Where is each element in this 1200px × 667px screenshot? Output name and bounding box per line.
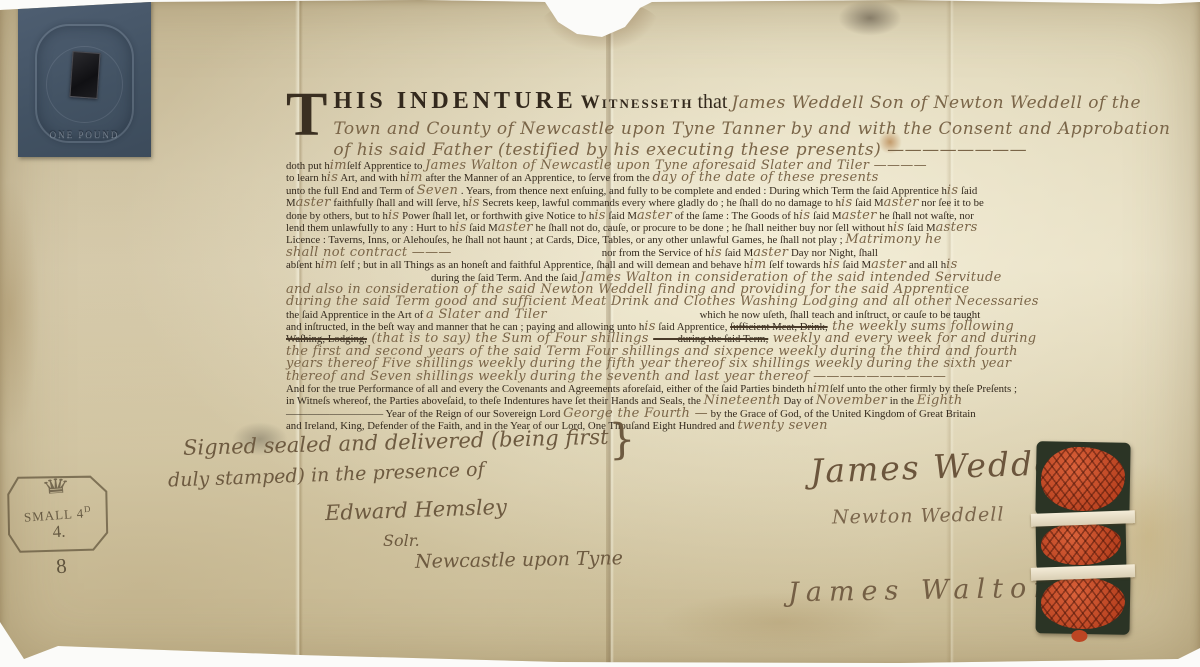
signature-james-walton: James Walton [788,573,1058,609]
printed-text: done by others, but to h [286,210,388,222]
handwritten-text: Matrimony he [845,232,941,247]
handwritten-text: is [455,220,466,235]
printed-text: M [286,197,296,209]
heading-that: that [697,91,727,113]
handwritten-text: November [816,393,887,408]
indenture-heading: T HIS INDENTURE Witnesseth that James We… [286,86,1166,161]
handwritten-text: im [320,257,337,272]
handwritten-text: twenty seven [737,418,828,433]
printed-text: faithfully ſhall and will ſerve, h [331,197,469,209]
printed-text: he ſhall not do, cauſe, or procure to be… [533,222,893,234]
handwritten-text: is [947,183,958,198]
printed-text: the ſaid Apprentice in the Art of [286,309,426,321]
handwritten-text: is [594,208,605,223]
wax-seal-surface [1040,446,1125,511]
handwritten-text: is [799,208,810,223]
printed-text: Art, and with h [338,172,405,184]
handwritten-text: is [711,245,722,260]
printed-text: . Years, from thence next enſuing, and f… [458,185,947,197]
printed-text: abſent h [286,259,320,271]
heading-line: HIS INDENTURE Witnesseth that James Wedd… [286,86,1166,119]
signature-newton-weddell: Newton Weddell [832,503,1005,528]
wax-seal [1035,441,1130,517]
printed-text: ſaid M [810,210,841,222]
wax-seal-surface [1041,576,1126,629]
handwritten-text: Seven [417,183,459,198]
heading-title: HIS INDENTURE [333,88,576,114]
printed-text: ſaid [958,185,977,197]
heading-witnesseth: Witnesseth [581,92,694,113]
printed-text: nor from the Service of h [602,247,711,259]
attestation-line: Signed sealed and delivered (being first… [183,424,636,460]
handwritten-text: Nineteenth [704,393,781,408]
attestation-text: Signed sealed and delivered (being first [183,425,609,460]
wax-seal [1035,571,1130,635]
printed-text: ————————— Year of the Reign of our Sover… [286,408,563,420]
handwritten-text: a Slater and Tiler [426,307,547,322]
handwritten-party-names: James Weddell Son of Newton Weddell of t… [731,93,1141,113]
handwritten-text: is [468,195,479,210]
printed-text: of the ſame : The Goods of h [672,210,799,222]
drop-cap-initial: T [286,86,327,144]
stamp-metal-tab [69,51,100,99]
handwritten-text: during the said Term good and sufficient… [286,294,1039,309]
attestation-line: duly stamped) in the presence of [168,458,485,491]
document-line: And for the true Performance of all and … [286,383,1086,395]
handwritten-text: is [327,170,338,185]
handwritten-text: day of the date of these presents [652,170,878,185]
printed-text: ſaid M [467,222,498,234]
document-line: lend them unlawfully to any : Hurt to hi… [286,222,1086,234]
printed-text: doth put h [286,160,330,172]
handwritten-text: aster [884,195,919,210]
handwritten-text: Town and County of Newcastle upon Tyne T… [286,119,1166,140]
embossed-revenue-stamp: ONE POUND [18,0,151,157]
handwritten-text: aster [842,208,877,223]
parchment-sheet: ONE POUND ♛ SMALL 4D 4. 8 T HIS INDENTUR… [0,0,1200,667]
document-line: ————————— Year of the Reign of our Sover… [286,408,1086,420]
document-line: to learn his Art, and with him after the… [286,172,1086,184]
handwritten-text: aster [498,220,533,235]
curly-brace: } [608,414,636,464]
wax-seal-surface [1041,522,1122,565]
witness-place: Newcastle upon Tyne [415,547,623,573]
age-stain [0,180,40,440]
burn-stain [540,0,660,52]
document-line: thereof and Seven shillings weekly durin… [286,371,1086,383]
stamp-denomination: ONE POUND [18,130,151,140]
duty-stamp-denom-sup: D [84,504,92,514]
document-line: shall not contract ———nor from the Servi… [286,247,1086,259]
duty-stamp-octagon: ♛ SMALL 4D 4. 8 [2,468,116,595]
handwritten-text: George the Fourth — [563,406,708,421]
printed-text: in the [887,395,917,407]
printed-text: ſaid Apprentice, [656,321,730,333]
handwritten-text: aster [296,195,331,210]
printed-text: to learn h [286,172,327,184]
printed-text: ſaid M [606,210,637,222]
handwritten-text: aster [637,208,672,223]
ink-smudge [838,0,902,36]
document-line: Master faithfully ſhall and will ſerve, … [286,197,1086,209]
printed-text: nor ſee it to be [919,197,984,209]
handwritten-text: Eighth [917,393,963,408]
handwritten-text: thereof and Seven shillings weekly durin… [286,369,946,384]
witness-title: Solr. [383,531,420,550]
document-line: unto the full End and Term of Seven . Ye… [286,185,1086,197]
handwritten-text: is [388,208,399,223]
handwritten-text: shall not contract ——— [286,245,452,260]
printed-text: lend them unlawfully to any : Hurt to h [286,222,455,234]
document-line: during the said Term good and sufficient… [286,296,1086,308]
witness-signature: Edward Hemsley [325,495,508,525]
printed-text: Day of [781,395,816,407]
indenture-body-text: doth put himſelf Apprentice to James Wal… [286,160,1086,433]
